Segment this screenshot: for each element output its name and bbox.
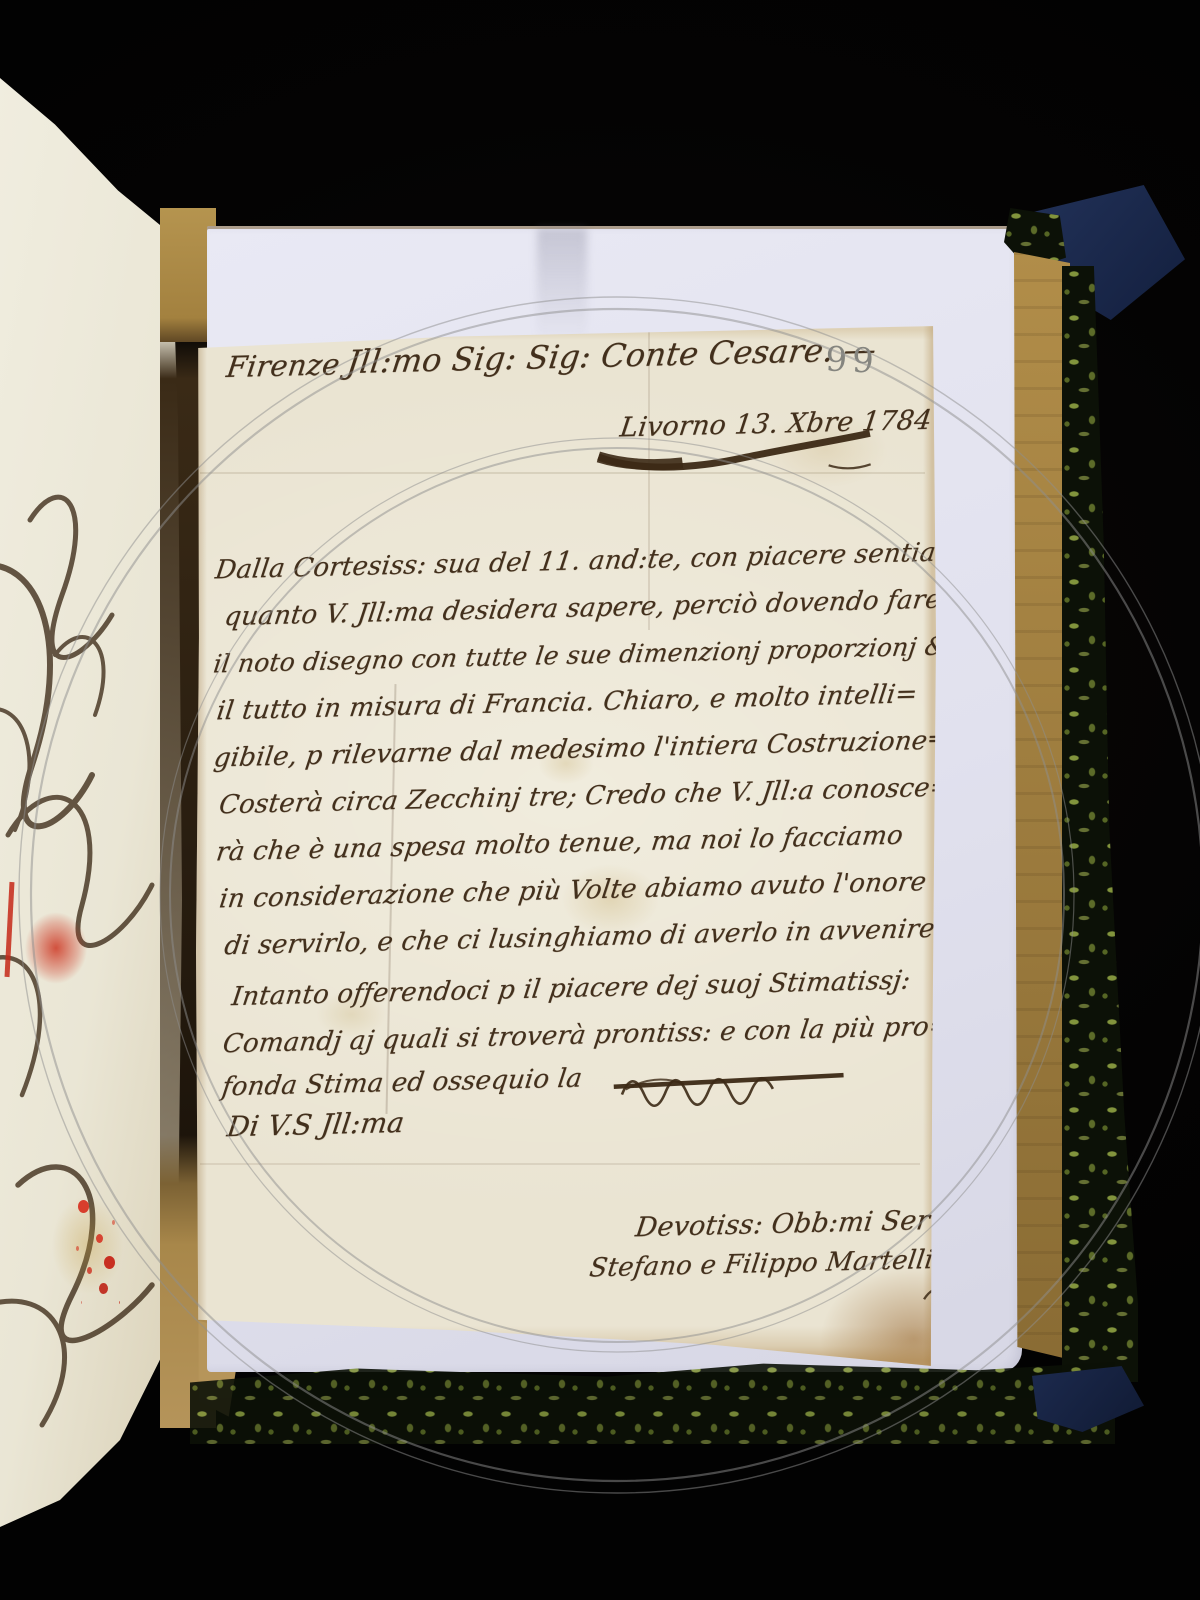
sheet-crease-shadow — [537, 228, 587, 343]
body-line: Costerà circa Zecchinj tre; Credo che V.… — [217, 772, 954, 820]
body-line: Comandj aj quali si troverà prontiss: e … — [221, 1011, 953, 1059]
ink-layer: Firenze Jll:mo Sig: Sig: Conte Cesare. —… — [195, 307, 960, 1371]
pencil-page-number: 99 — [825, 339, 880, 381]
body-line: gibile, p rilevarne dal medesimo l'intie… — [212, 726, 929, 774]
page-block-edge-right — [1014, 252, 1070, 1358]
signature-line-2: Stefano e Filippo Martellinj — [585, 1244, 961, 1283]
body-line: il noto disegno con tutte le sue dimenzi… — [212, 631, 964, 678]
body-line: rà che è una spesa molto tenue, ma noi l… — [214, 821, 905, 868]
body-line: fonda Stima ed ossequio la — [220, 1063, 584, 1102]
red-seal-specks — [78, 1200, 89, 1213]
cover-corner-blue-bottom — [1032, 1366, 1144, 1432]
dateline-flourish — [590, 426, 881, 479]
body-line: il tutto in misura di Francia. Chiaro, e… — [215, 679, 919, 726]
body-line: in considerazione che più Volte abiamo a… — [217, 867, 928, 914]
body-line: di servirlo, e che ci lusinghiamo di ave… — [223, 914, 946, 962]
manuscript-letter: Firenze Jll:mo Sig: Sig: Conte Cesare. —… — [196, 324, 936, 1370]
body-line: Intanto offerendoci p il piacere dej suo… — [230, 965, 913, 1012]
body-line: Dalla Cortesiss: sua del 11. and:te, con… — [213, 537, 978, 586]
crossed-out-word-scribble — [611, 1057, 852, 1109]
marbled-cover-edge-bottom — [190, 1362, 1115, 1444]
signature-line-1: Devotiss: Obb:mi Servi — [634, 1205, 938, 1243]
closing-line: Di V.S Jll:ma — [225, 1106, 406, 1143]
seal-stain-halo — [40, 1180, 135, 1310]
red-wax-seal-mark — [16, 902, 96, 994]
header-place: Firenze — [224, 347, 341, 384]
photo-stage: Firenze Jll:mo Sig: Sig: Conte Cesare. —… — [0, 0, 1200, 1600]
marbled-cover-edge-right — [1062, 266, 1138, 1382]
body-line: quanto V. Jll:ma desidera sapere, perciò… — [223, 585, 943, 633]
